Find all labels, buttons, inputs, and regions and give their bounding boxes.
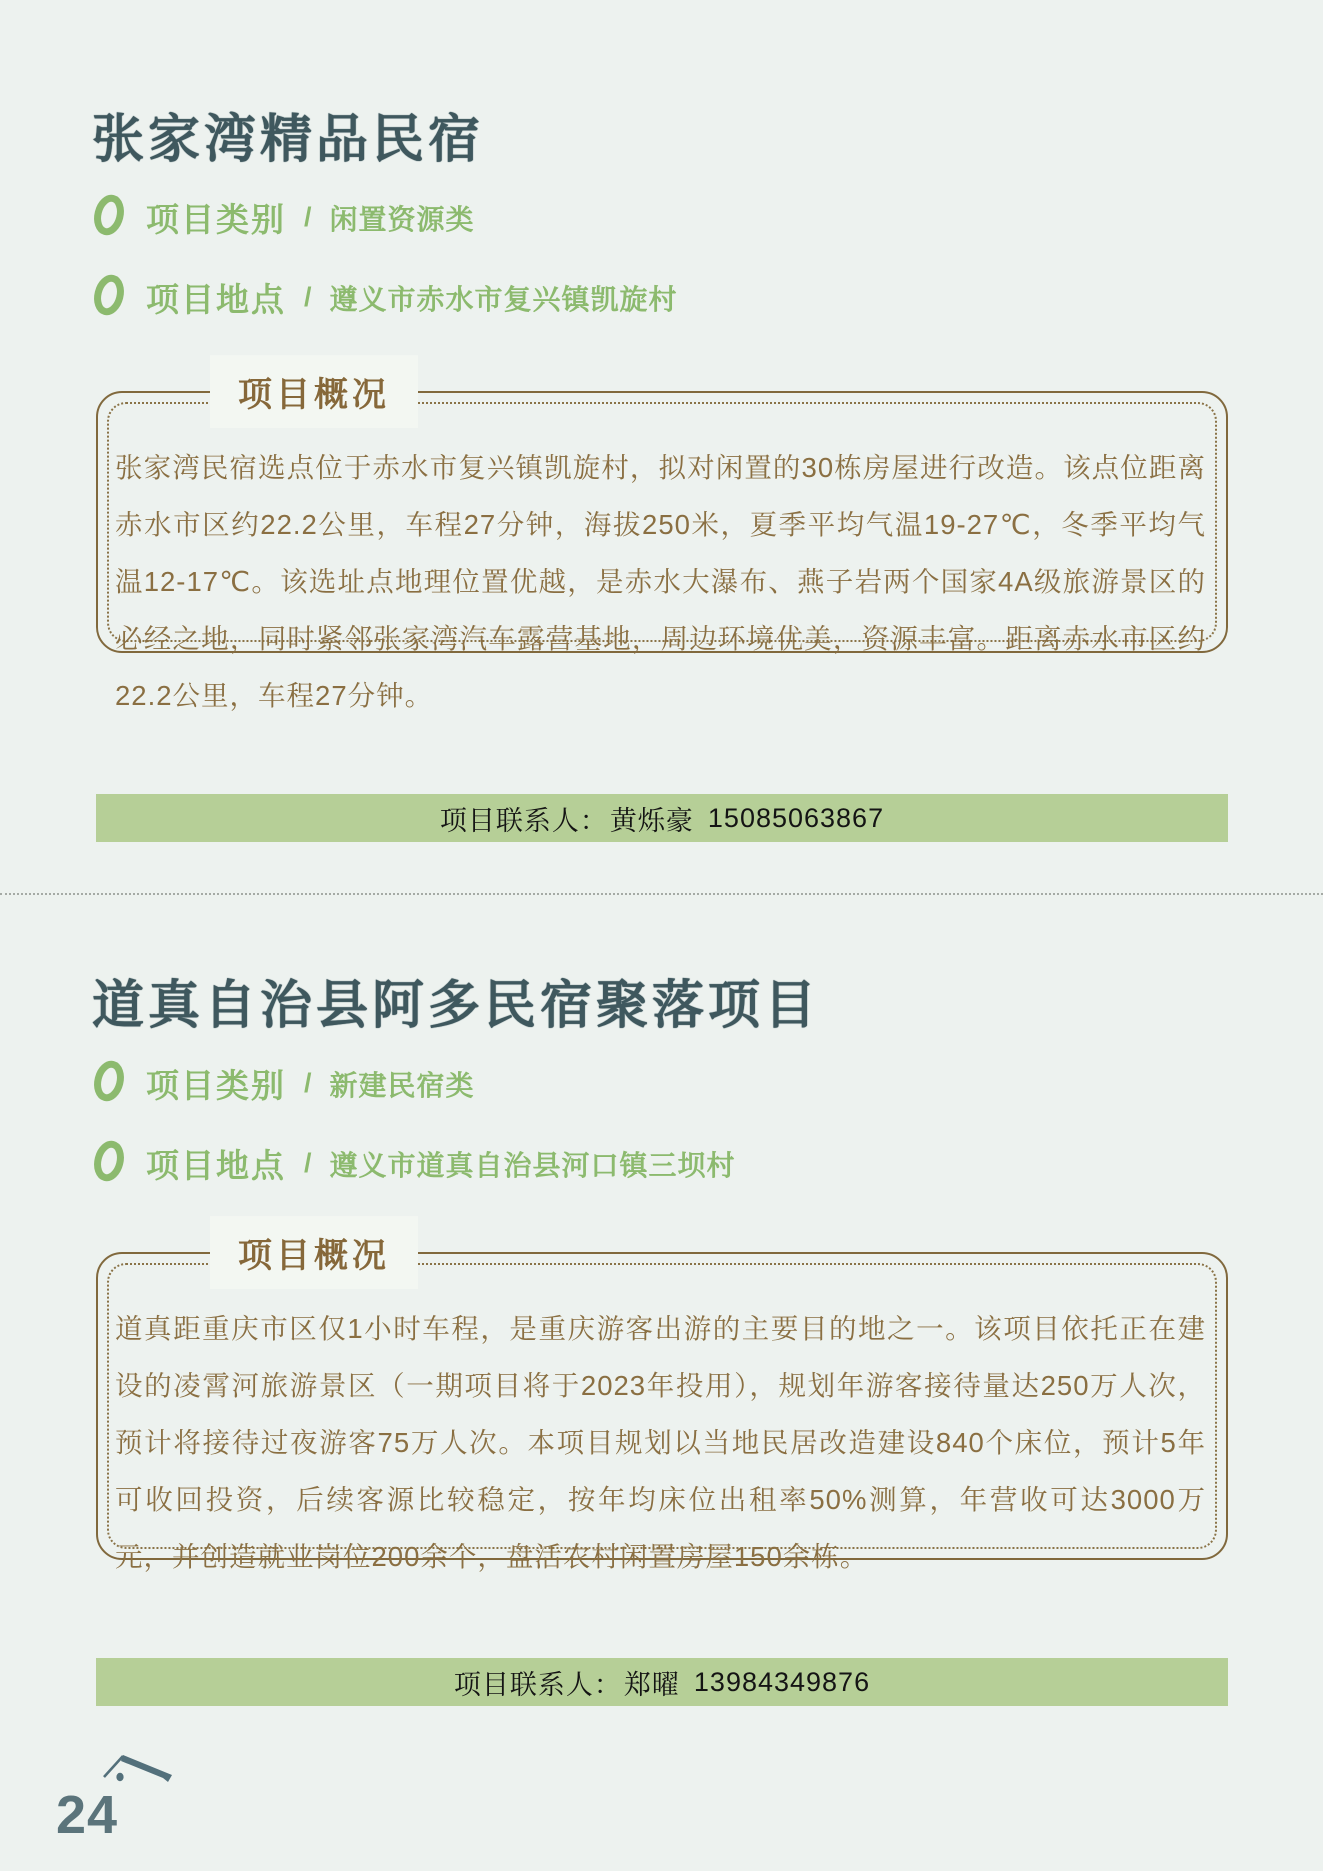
slash-separator: / (304, 1068, 312, 1099)
slash-separator: / (304, 282, 312, 313)
section2-contact-bar: 项目联系人： 郑曜 13984349876 (96, 1658, 1228, 1706)
category-value: 新建民宿类 (330, 1064, 475, 1104)
contact-label: 项目联系人： (440, 799, 608, 838)
leaf-bullet-icon (88, 1058, 130, 1109)
contact-phone: 13984349876 (694, 1667, 870, 1698)
section1-category-row: 项目类别 / 闲置资源类 (88, 192, 475, 243)
slash-separator: / (304, 1148, 312, 1179)
section1-title: 张家湾精品民宿 (92, 97, 484, 172)
section1-contact-bar: 项目联系人： 黄烁豪 15085063867 (96, 794, 1228, 842)
section1-overview-text: 张家湾民宿选点位于赤水市复兴镇凯旋村，拟对闲置的30栋房屋进行改造。该点位距离赤… (115, 439, 1206, 724)
section2-title: 道真自治县阿多民宿聚落项目 (92, 963, 820, 1038)
category-value: 闲置资源类 (330, 198, 475, 238)
section-divider (0, 893, 1323, 895)
contact-phone: 15085063867 (708, 803, 884, 834)
section2-overview-box: 项目概况 道真距重庆市区仅1小时车程，是重庆游客出游的主要目的地之一。该项目依托… (96, 1252, 1228, 1560)
section1-location-row: 项目地点 / 遵义市赤水市复兴镇凯旋村 (88, 272, 678, 323)
location-value: 遵义市赤水市复兴镇凯旋村 (330, 278, 678, 318)
section2-location-row: 项目地点 / 遵义市道真自治县河口镇三坝村 (88, 1138, 736, 1189)
overview-box-label: 项目概况 (210, 1216, 418, 1289)
section2-category-row: 项目类别 / 新建民宿类 (88, 1058, 475, 1109)
section2-overview-text: 道真距重庆市区仅1小时车程，是重庆游客出游的主要目的地之一。该项目依托正在建设的… (115, 1300, 1206, 1585)
slash-separator: / (304, 202, 312, 233)
category-label: 项目类别 (146, 194, 286, 241)
overview-box-label: 项目概况 (210, 355, 418, 428)
section1-overview-box: 项目概况 张家湾民宿选点位于赤水市复兴镇凯旋村，拟对闲置的30栋房屋进行改造。该… (96, 391, 1228, 653)
contact-name: 黄烁豪 (610, 799, 694, 838)
contact-label: 项目联系人： (454, 1663, 622, 1702)
contact-name: 郑曜 (624, 1663, 680, 1702)
location-label: 项目地点 (146, 274, 286, 321)
leaf-bullet-icon (88, 192, 130, 243)
location-label: 项目地点 (146, 1140, 286, 1187)
category-label: 项目类别 (146, 1060, 286, 1107)
location-value: 遵义市道真自治县河口镇三坝村 (330, 1144, 736, 1184)
leaf-bullet-icon (88, 1138, 130, 1189)
leaf-bullet-icon (88, 272, 130, 323)
roof-icon (92, 1746, 184, 1809)
